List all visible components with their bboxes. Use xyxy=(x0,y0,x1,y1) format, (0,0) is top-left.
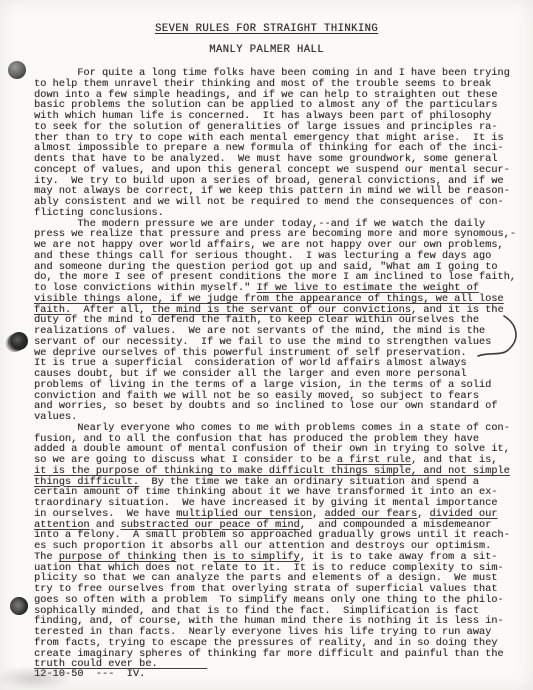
binder-hole-punch-icon xyxy=(10,597,28,615)
author-byline: MANLY PALMER HALL xyxy=(0,44,533,56)
text-line: goes so often with a problem To simplify… xyxy=(34,595,529,606)
document-body: For quite a long time folks have been co… xyxy=(34,68,529,670)
text-line: and these things call for serious though… xyxy=(34,251,529,262)
text-line: The purpose of thinking then is to simpl… xyxy=(34,552,529,563)
text-line: to help them unravel their thinking and … xyxy=(34,79,529,90)
underlined-phrase: is to simplify xyxy=(213,551,300,563)
text-line: from facts, trying to escape the pressur… xyxy=(34,638,529,649)
text-line: Nearly everyone who comes to me with pro… xyxy=(34,423,529,434)
scanned-typewritten-page: SEVEN RULES FOR STRAIGHT THINKING MANLY … xyxy=(0,0,533,690)
text-line: concept of values, and upon this general… xyxy=(34,165,529,176)
margin-bracket-annotation xyxy=(472,314,524,364)
underlined-phrase: purpose of thinking xyxy=(59,551,176,563)
text-line: problems of living in the terms of a lar… xyxy=(34,380,529,391)
text-line: and worries, so beset by doubts and so i… xyxy=(34,401,529,412)
text-line: flicting conclusions. xyxy=(34,208,529,219)
smudge-mark xyxy=(0,666,74,688)
binder-hole-punch-icon xyxy=(10,332,28,350)
text-line: servant of our necessity. If we fail to … xyxy=(34,337,529,348)
page-title: SEVEN RULES FOR STRAIGHT THINKING xyxy=(0,23,533,35)
binder-hole-punch-icon xyxy=(8,61,26,79)
text-line: to seek for the solution of generalities… xyxy=(34,122,529,133)
